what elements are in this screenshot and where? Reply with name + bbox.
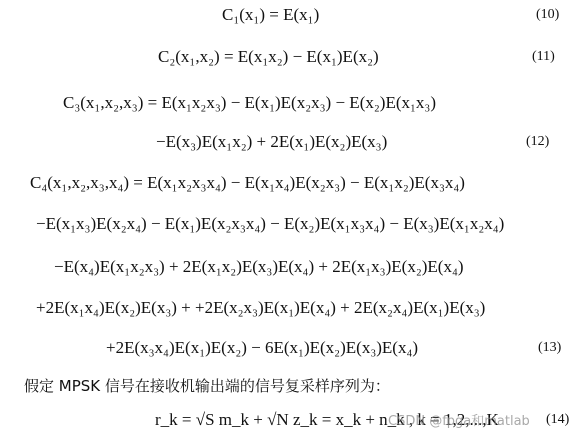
- equation-10: C₁(x₁) = E(x₁): [222, 4, 319, 26]
- equation-13-line-1: C₄(x₁,x₂,x₃,x₄) = E(x₁x₂x₃x₄) − E(x₁x₄)E…: [30, 172, 465, 194]
- equation-number-11: (11): [532, 49, 555, 65]
- paragraph-text: 假定 MPSK 信号在接收机输出端的信号复采样序列为：: [24, 375, 390, 396]
- equation-13-line-5: +2E(x₃x₄)E(x₁)E(x₂) − 6E(x₁)E(x₂)E(x₃)E(…: [106, 337, 418, 359]
- equation-13-line-2: −E(x₁x₃)E(x₂x₄) − E(x₁)E(x₂x₃x₄) − E(x₂)…: [36, 213, 504, 235]
- equation-12-line-2: −E(x₃)E(x₁x₂) + 2E(x₁)E(x₂)E(x₃): [156, 131, 387, 153]
- equation-number-13: (13): [538, 340, 561, 356]
- equation-number-12: (12): [526, 134, 549, 150]
- equation-number-14: (14): [546, 412, 569, 428]
- equation-11: C₂(x₁,x₂) = E(x₁x₂) − E(x₁)E(x₂): [158, 46, 379, 68]
- equation-12-line-1: C₃(x₁,x₂,x₃) = E(x₁x₂x₃) − E(x₁)E(x₂x₃) …: [63, 92, 436, 114]
- equation-number-10: (10): [536, 7, 559, 23]
- equation-13-line-3: −E(x₄)E(x₁x₂x₃) + 2E(x₁x₂)E(x₃)E(x₄) + 2…: [54, 256, 464, 278]
- equation-13-line-4: +2E(x₁x₄)E(x₂)E(x₃) + +2E(x₂x₃)E(x₁)E(x₄…: [36, 297, 485, 319]
- watermark: CSDN @fpga和matlab: [388, 410, 530, 429]
